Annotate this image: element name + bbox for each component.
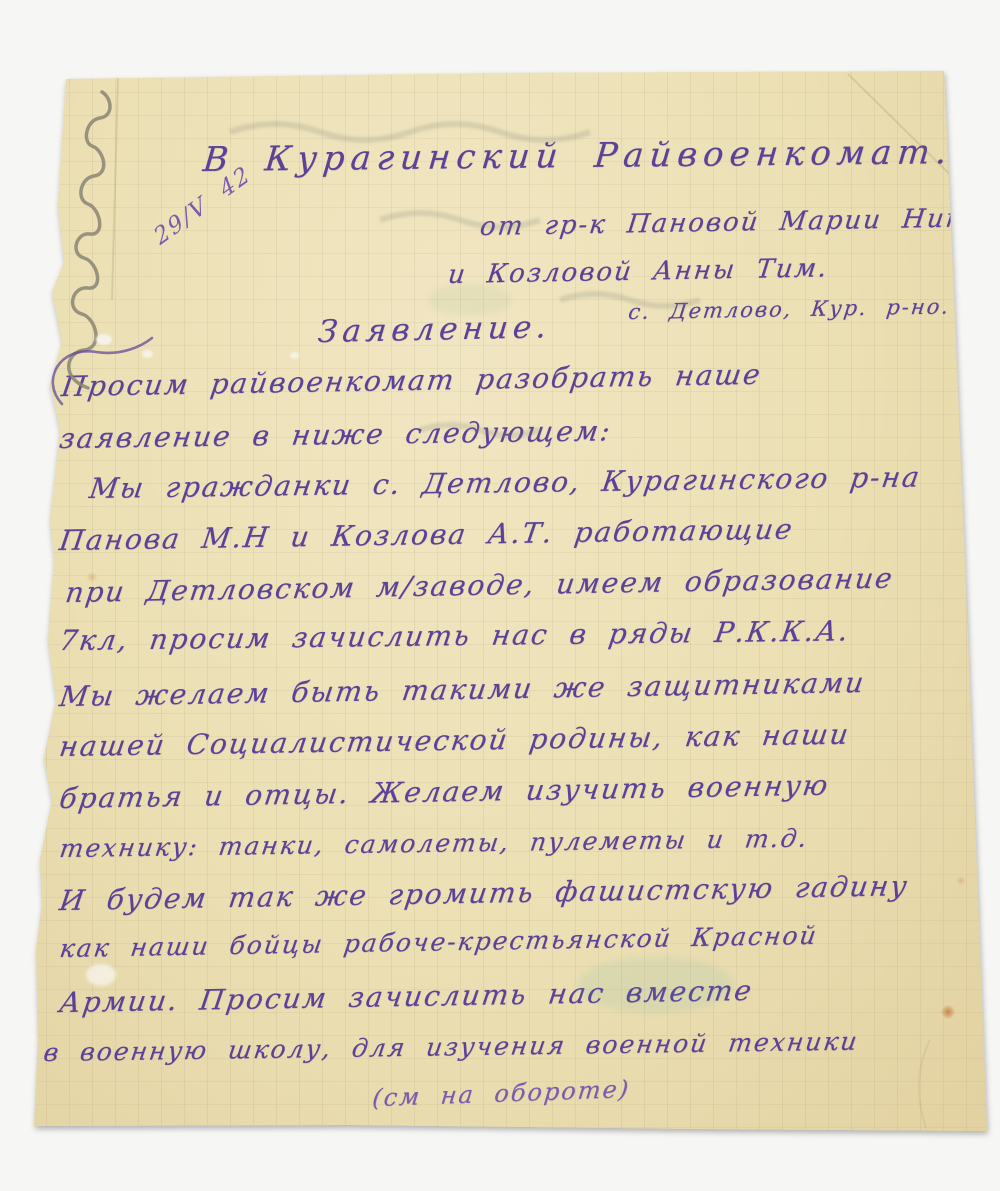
damage-fleck bbox=[86, 964, 116, 986]
body-line: 7кл, просим зачислить нас в ряды Р.К.К.А… bbox=[57, 614, 852, 657]
sender-line-2: и Козловой Анны Тим. bbox=[446, 253, 830, 290]
damage-fleck bbox=[142, 350, 153, 358]
body-line: Армии. Просим зачислить нас вместе bbox=[57, 974, 755, 1019]
paper-shadow: В Курагинский Райвоенкомат. 29/V 42 от г… bbox=[0, 0, 1000, 1191]
body-line: И будем так же громить фашистскую гадину bbox=[57, 869, 911, 917]
paper-sheet: В Курагинский Райвоенкомат. 29/V 42 от г… bbox=[0, 0, 1000, 1191]
body-line: в военную школу, для изучения военной те… bbox=[42, 1027, 861, 1067]
rust-stain bbox=[940, 1005, 956, 1019]
body-line: нашей Социалистической родины, как наши bbox=[57, 718, 852, 763]
body-line: Мы желаем быть такими же защитниками bbox=[57, 666, 867, 713]
sender-line-1: от гр-к Пановой Марии Ник bbox=[478, 204, 965, 243]
rust-stain bbox=[86, 572, 98, 582]
body-line: Панова М.Н и Козлова А.Т. работающие bbox=[57, 512, 796, 557]
damage-fleck bbox=[96, 334, 112, 345]
body-line: при Детловском м/заводе, имеем образован… bbox=[63, 562, 896, 610]
addressee-line: В Курагинский Райвоенкомат. bbox=[201, 132, 954, 180]
body-line: Мы гражданки с. Детлово, Курагинского р-… bbox=[87, 460, 923, 505]
damage-fleck bbox=[290, 352, 299, 359]
body-line: заявление в ниже следующем: bbox=[57, 414, 614, 455]
sender-line-3: с. Детлово, Кур. р-но. bbox=[627, 294, 952, 324]
title-line: Заявление. bbox=[316, 309, 553, 350]
body-line: братья и отцы. Желаем изучить военную bbox=[57, 769, 831, 816]
body-line: Просим райвоенкомат разобрать наше bbox=[59, 358, 764, 403]
footnote-line: (см на обороте) bbox=[371, 1075, 632, 1112]
rust-stain bbox=[956, 876, 966, 885]
scanned-document: В Курагинский Райвоенкомат. 29/V 42 от г… bbox=[0, 0, 1000, 1191]
body-line: технику: танки, самолеты, пулеметы и т.д… bbox=[58, 824, 811, 864]
body-line: как наши бойцы рабоче-крестьянской Красн… bbox=[58, 921, 820, 963]
